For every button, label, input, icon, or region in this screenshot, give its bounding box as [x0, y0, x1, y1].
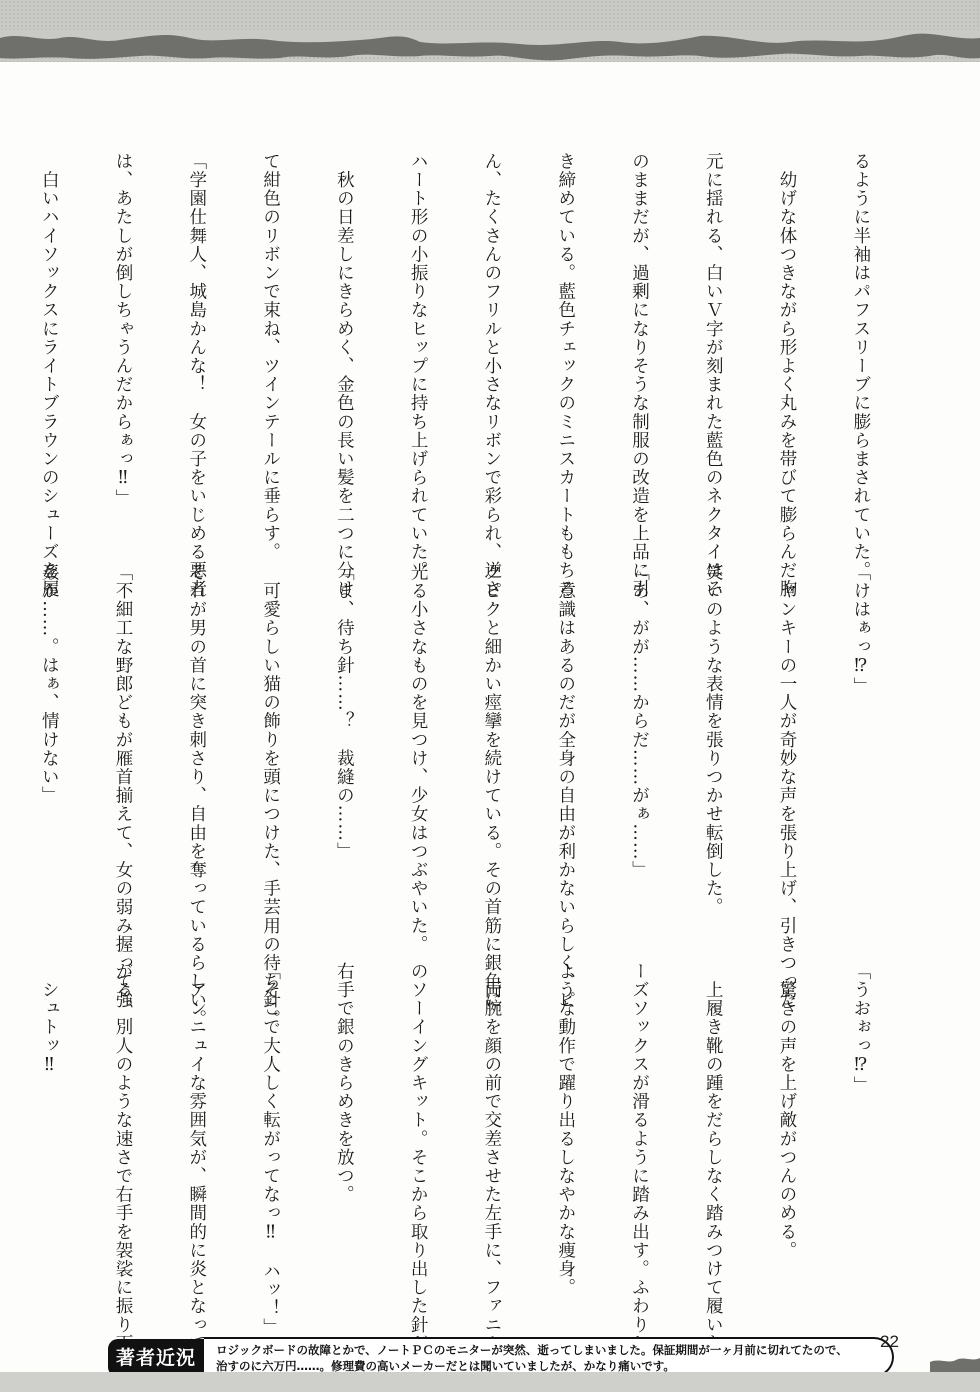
- text-column: ような動作で躍り出るしなやかな痩身。: [553, 962, 578, 1307]
- text-column: 「けはぁっ⁉」: [848, 563, 873, 908]
- text-column: て紺色のリボンで束ね、ツインテールに垂らす。: [258, 152, 283, 522]
- bottom-border-texture: [0, 1372, 980, 1392]
- text-column: 意識はあるのだが全身の自由が利かないらしく、ピ: [553, 563, 578, 908]
- text-column: のままだが、過剰になりそうな制服の改造を上品に引: [627, 152, 652, 522]
- text-column: 笑いのような表情を張りつかせ転倒した。: [701, 563, 726, 908]
- text-column: のソーイングキット。そこから取り出した針が一本、: [406, 962, 431, 1307]
- author-note-box: ロジックボードの故障とかで、ノートＰＣのモニターが突然、逝ってしまいました。保証…: [204, 1337, 894, 1377]
- text-section-middle: 「けはぁっ⁉」 ヤンキーの一人が奇妙な声を張り上げ、引きつった 笑いのような表情…: [0, 563, 922, 908]
- text-column: 上履き靴の踵をだらしなく踏みつけて履いた白いル: [701, 962, 726, 1307]
- text-column: 「学園仕舞人、城島かんな！ 女の子をいじめる悪者: [184, 152, 209, 522]
- text-column: ーズソックスが滑るように踏み出す。ふわりと、漂う: [627, 962, 652, 1307]
- text-column: がる。別人のような速さで右手を袈裟に振り下ろした。: [110, 962, 135, 1307]
- author-note-line: ロジックボードの故障とかで、ノートＰＣのモニターが突然、逝ってしまいました。保証…: [216, 1342, 878, 1358]
- top-torn-edge-decoration: [0, 30, 980, 66]
- text-column: アンニュイな雰囲気が、瞬間的に炎となって燃え上: [184, 962, 209, 1307]
- text-column: それが男の首に突き刺さり、自由を奪っているらしい。: [184, 563, 209, 908]
- text-column: 光る小さなものを見つけ、少女はつぶやいた。: [406, 563, 431, 908]
- text-column: 「あ、がが……からだ……がぁ……」: [627, 563, 652, 908]
- text-column: 両腕を顔の前で交差させた左手に、ファニーな猫柄: [479, 962, 504, 1307]
- text-column: 白いハイソックスにライトブラウンのシューズを履: [37, 152, 62, 522]
- text-column: 幼げな体つきながら形よく丸みを帯びて膨らんだ胸: [774, 152, 799, 522]
- text-column: 「うおぉっ⁉」: [848, 962, 873, 1307]
- text-column: 可愛らしい猫の飾りを頭につけた、手芸用の待ち針。: [258, 563, 283, 908]
- text-column: るように半袖はパフスリーブに膨らまされていた。: [848, 152, 873, 522]
- text-column: 「不細工な野郎どもが雁首揃えて、女の弱み握って強: [110, 563, 135, 908]
- text-section-bottom: 「うおぉっ⁉」 驚きの声を上げ敵がつんのめる。 上履き靴の踵をだらしなく踏みつけ…: [0, 962, 922, 1307]
- text-column: シュトッ‼: [37, 962, 62, 1307]
- text-column: 「そこで大人しく転がってなっ‼ ハッ！」: [258, 962, 283, 1307]
- text-column: 秋の日差しにきらめく、金色の長い髪を二つに分け: [332, 152, 357, 522]
- text-column: ハート形の小振りなヒップに持ち上げられていた。: [406, 152, 431, 522]
- text-column: 姦か……。はぁ、情けない」: [37, 563, 62, 908]
- text-column: 「ま、待ち針……？ 裁縫の……」: [332, 563, 357, 908]
- page-number: 22: [880, 1332, 899, 1352]
- text-column: クピクと細かい痙攣を続けている。その首筋に銀色に: [479, 563, 504, 908]
- text-column: き締めている。藍色チェックのミニスカートももちろ: [553, 152, 578, 522]
- text-column: 右手で銀のきらめきを放つ。: [332, 962, 357, 1307]
- text-column: 驚きの声を上げ敵がつんのめる。: [774, 962, 799, 1307]
- text-column: 元に揺れる、白いＶ字が刻まれた藍色のネクタイはそ: [701, 152, 726, 522]
- text-column: ヤンキーの一人が奇妙な声を張り上げ、引きつった: [774, 563, 799, 908]
- text-column: ん、たくさんのフリルと小さなリボンで彩られ、逆さ: [479, 152, 504, 522]
- text-section-top: るように半袖はパフスリーブに膨らまされていた。 幼げな体つきながら形よく丸みを帯…: [0, 152, 922, 522]
- text-column: は、あたしが倒しちゃうんだからぁっ‼」: [110, 152, 135, 522]
